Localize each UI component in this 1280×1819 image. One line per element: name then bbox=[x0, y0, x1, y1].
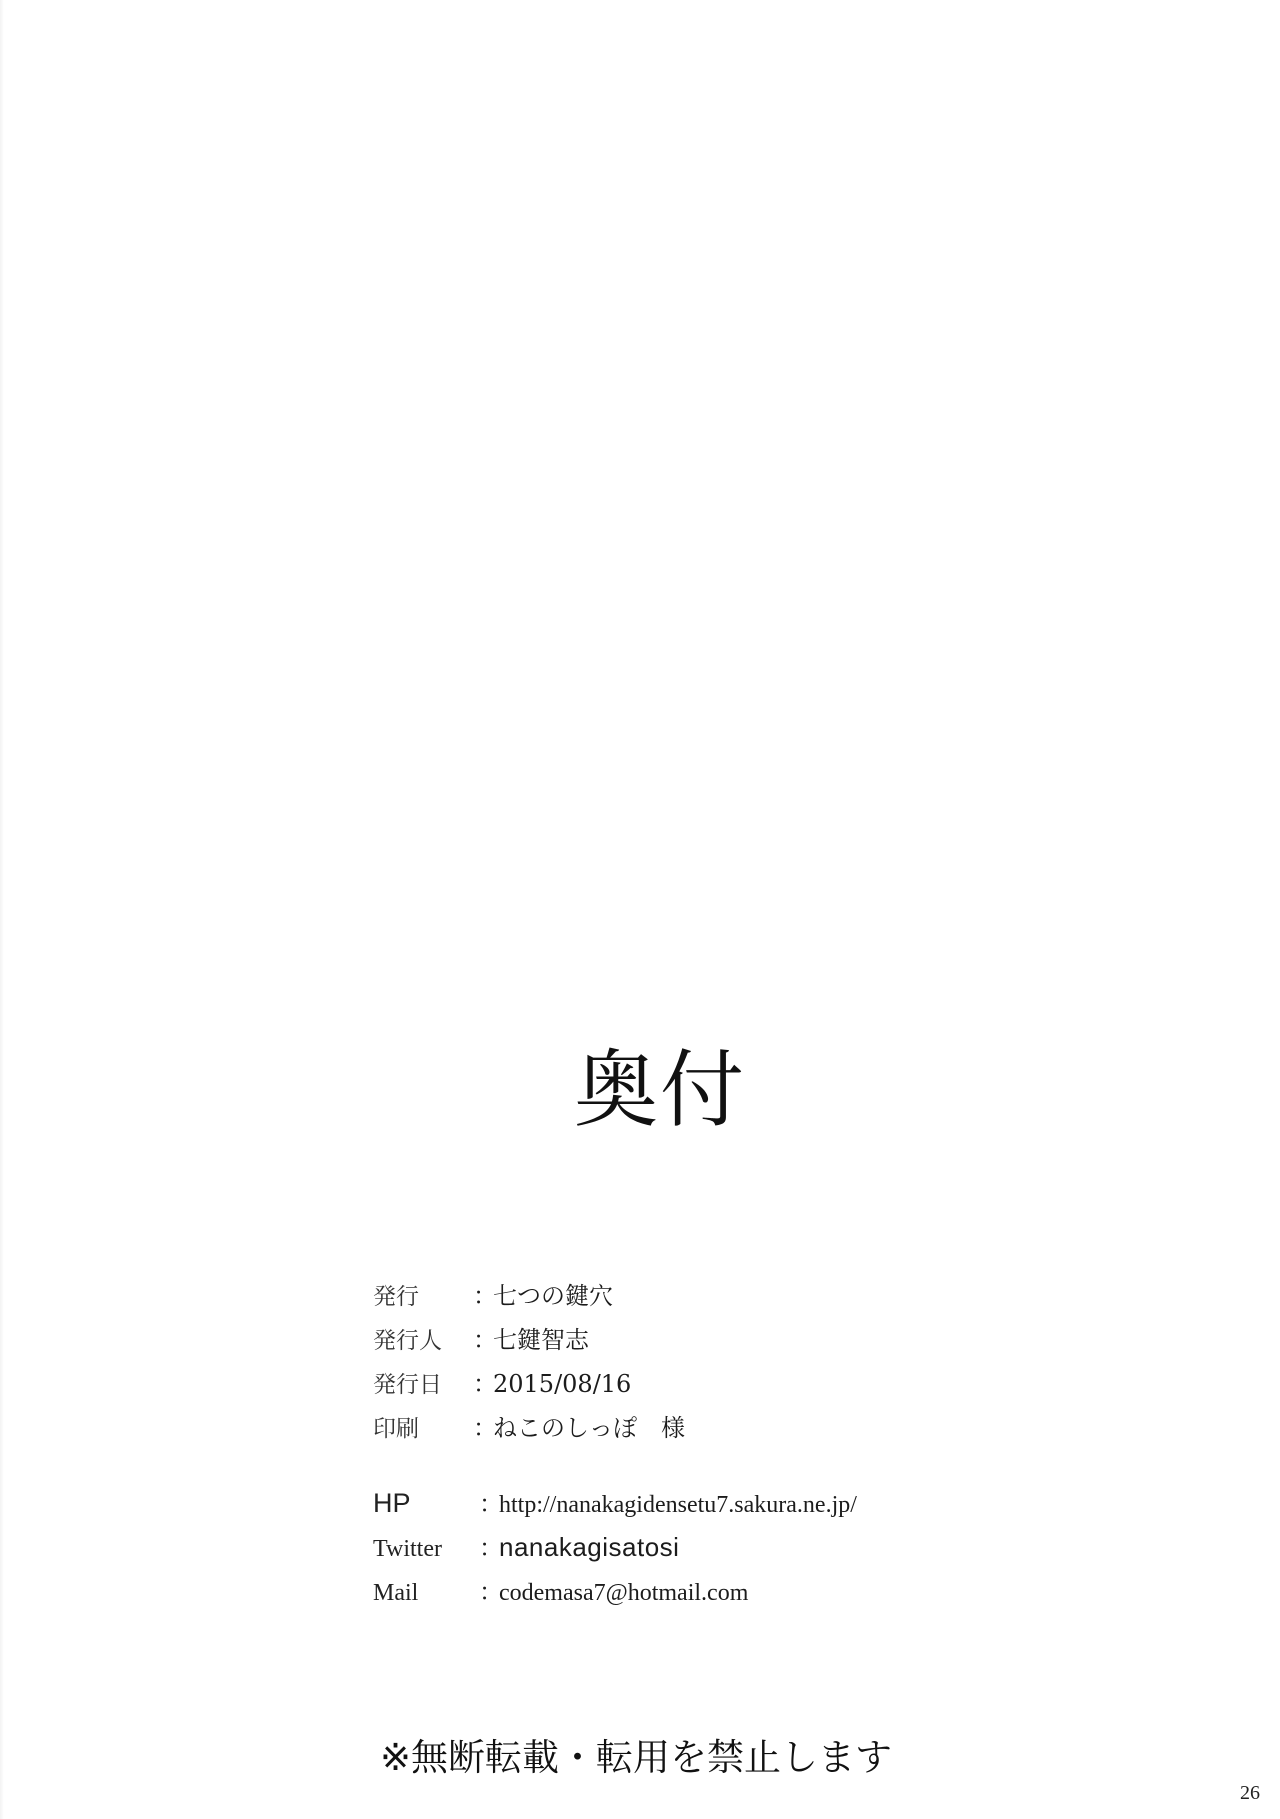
contact-block: HP ： http://nanakagidensetu7.sakura.ne.j… bbox=[373, 1484, 857, 1616]
colophon-label: 発行人 bbox=[373, 1322, 473, 1355]
colophon-value: 2015/08/16 bbox=[493, 1370, 631, 1398]
colophon-label: 発行 bbox=[373, 1278, 473, 1311]
contact-label: Twitter bbox=[373, 1536, 479, 1563]
copyright-notice: ※無断転載・転用を禁止します bbox=[380, 1727, 892, 1781]
colophon-label: 印刷 bbox=[373, 1410, 473, 1443]
colophon-separator: ： bbox=[473, 1408, 493, 1443]
contact-label: Mail bbox=[373, 1580, 479, 1607]
colophon-block: 発行 ： 七つの鍵穴 発行人 ： 七鍵智志 発行日 ： 2015/08/16 印… bbox=[373, 1276, 685, 1452]
contact-row-mail: Mail ： codemasa7@hotmail.com bbox=[373, 1572, 857, 1616]
homepage-link[interactable]: http://nanakagidensetu7.sakura.ne.jp/ bbox=[499, 1492, 857, 1519]
colophon-row-publisher: 発行 ： 七つの鍵穴 bbox=[373, 1276, 685, 1320]
colophon-value: ねこのしっぽ 様 bbox=[493, 1408, 685, 1443]
email-address: codemasa7@hotmail.com bbox=[499, 1580, 748, 1607]
colophon-row-issuer: 発行人 ： 七鍵智志 bbox=[373, 1320, 685, 1364]
colophon-row-printer: 印刷 ： ねこのしっぽ 様 bbox=[373, 1408, 685, 1452]
colophon-value: 七つの鍵穴 bbox=[493, 1276, 613, 1311]
page-title: 奥付 bbox=[560, 1040, 760, 1140]
contact-row-twitter: Twitter ： nanakagisatosi bbox=[373, 1528, 857, 1572]
contact-label: HP bbox=[373, 1488, 479, 1519]
page-number: 26 bbox=[1240, 1782, 1260, 1805]
page-edge bbox=[0, 0, 4, 1819]
colophon-row-date: 発行日 ： 2015/08/16 bbox=[373, 1364, 685, 1408]
contact-separator: ： bbox=[479, 1484, 499, 1519]
contact-separator: ： bbox=[479, 1528, 499, 1563]
contact-row-homepage: HP ： http://nanakagidensetu7.sakura.ne.j… bbox=[373, 1484, 857, 1528]
twitter-handle: nanakagisatosi bbox=[499, 1532, 679, 1563]
colophon-value: 七鍵智志 bbox=[493, 1320, 589, 1355]
colophon-separator: ： bbox=[473, 1364, 493, 1399]
colophon-separator: ： bbox=[473, 1276, 493, 1311]
contact-separator: ： bbox=[479, 1572, 499, 1607]
colophon-separator: ： bbox=[473, 1320, 493, 1355]
colophon-label: 発行日 bbox=[373, 1366, 473, 1399]
